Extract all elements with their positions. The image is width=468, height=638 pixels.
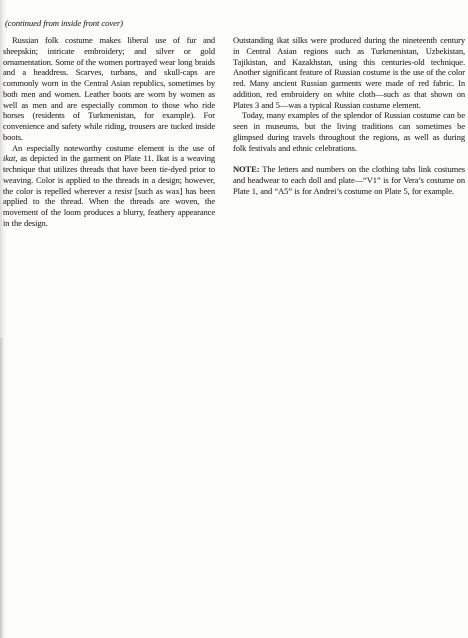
- left-column-paragraph-1: Russian folk costume makes liberal use o…: [3, 35, 215, 143]
- book-page: (continued from inside front cover) Russ…: [0, 0, 468, 638]
- text-run: Russian folk costume makes liberal use o…: [3, 35, 215, 142]
- text-run: Outstanding ikat silks were produced dur…: [233, 35, 465, 110]
- text-run: Today, many examples of the splendor of …: [233, 110, 465, 152]
- text-run: resist: [115, 186, 133, 196]
- right-column-paragraph-2: Today, many examples of the splendor of …: [233, 110, 465, 153]
- text-run: NOTE:: [233, 164, 259, 174]
- right-column-paragraph-1: Outstanding ikat silks were produced dur…: [233, 35, 465, 110]
- continued-note: (continued from inside front cover): [5, 18, 123, 29]
- left-column: Russian folk costume makes liberal use o…: [3, 35, 215, 229]
- right-column-paragraph-3: NOTE: The letters and numbers on the clo…: [233, 164, 465, 196]
- scan-left-edge-shadow-bottom: [0, 338, 4, 638]
- text-run: ikat: [3, 153, 15, 163]
- text-run: An especially noteworthy costume element…: [12, 143, 215, 153]
- left-column-paragraph-2: An especially noteworthy costume element…: [3, 143, 215, 229]
- right-column: Outstanding ikat silks were produced dur…: [233, 35, 465, 196]
- text-run: The letters and numbers on the clothing …: [233, 164, 465, 196]
